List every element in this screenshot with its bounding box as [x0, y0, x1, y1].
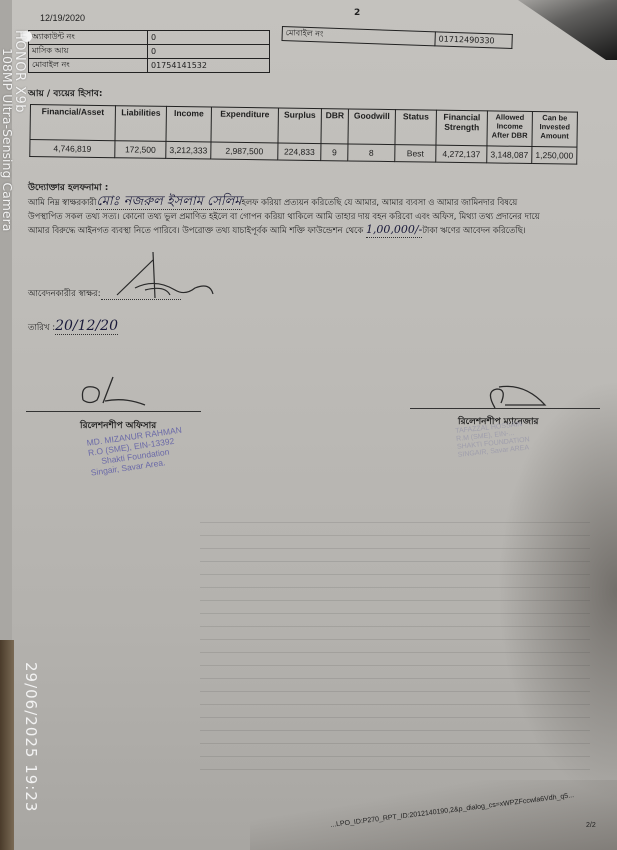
officer-signature [75, 375, 155, 410]
column-header: Surplus [278, 108, 321, 144]
column-header: Allowed Income After DBR [487, 111, 532, 147]
applicant-signature-field: আবেদনকারীর স্বাক্ষর: [28, 287, 181, 301]
column-header: Financial/Asset [30, 105, 115, 141]
table-row: মোবাইল নং 01754141532 [29, 59, 270, 73]
affidavit-line: আমি নিম্ন স্বাক্ষরকারীমোঃ নজরুল ইসলাম সে… [28, 195, 598, 210]
footer-page-count: 2/2 [586, 822, 596, 829]
column-header: DBR [321, 109, 348, 144]
cell-financial-strength: 4,272,137 [436, 145, 487, 163]
cell-liabilities: 172,500 [115, 141, 166, 159]
column-header: Liabilities [115, 106, 166, 142]
signature-line [101, 289, 181, 300]
info-value: 0 [148, 31, 270, 45]
page-number: 2 [354, 8, 360, 18]
signature-divider [26, 411, 201, 412]
info-label: অ্যাকাউন্ট নং [29, 31, 148, 45]
cell-income: 3,212,333 [166, 141, 211, 159]
signature-divider [410, 408, 600, 409]
income-expense-heading: আয় / ব্যয়ের হিসাব: [28, 86, 102, 101]
column-header: Goodwill [348, 109, 395, 145]
column-header: Status [395, 110, 436, 146]
table-row: মাসিক আয় 0 [29, 45, 270, 59]
cell-surplus: 224,833 [278, 143, 321, 161]
affidavit-text: আমার বিরুদ্ধে আইনগত ব্যবস্থা নিতে পারিবে… [28, 225, 363, 235]
applicant-signature-label: আবেদনকারীর স্বাক্ষর: [28, 289, 101, 299]
financial-summary-table: Financial/Asset Liabilities Income Expen… [29, 104, 578, 165]
column-header: Expenditure [211, 107, 278, 143]
camera-description-watermark: 108MP Ultra-Sensing Camera [0, 48, 15, 231]
table-row: অ্যাকাউন্ট নং 0 [29, 31, 270, 45]
photo-timestamp-watermark: 29/06/2025 19:23 [22, 662, 40, 812]
cell-goodwill: 8 [348, 144, 395, 162]
applicant-name-field: মোঃ নজরুল ইসলাম সেলিম [96, 195, 241, 210]
column-header: Can be Invested Amount [532, 112, 577, 148]
info-label: মোবাইল নং [29, 59, 148, 73]
cell-status: Best [395, 145, 436, 163]
cell-expenditure: 2,987,500 [211, 142, 278, 160]
affidavit-title: উদ্যোক্তার হলফনামা : [28, 180, 108, 195]
mobile-value: 01712490330 [435, 32, 512, 49]
cell-dbr: 9 [321, 144, 348, 161]
column-header: Financial Strength [436, 110, 487, 146]
applicant-info-table: অ্যাকাউন্ট নং 0 মাসিক আয় 0 মোবাইল নং 01… [28, 30, 270, 73]
loan-amount-handwritten: 1,00,000/- [366, 223, 422, 236]
date-label: তারিখ : [28, 323, 55, 333]
date-handwritten: 20/12/20 [55, 318, 118, 334]
cell-invested-amount: 1,250,000 [532, 147, 577, 165]
affidavit-body: আমি নিম্ন স্বাক্ষরকারীমোঃ নজরুল ইসলাম সে… [28, 195, 598, 238]
cell-allowed-income: 3,148,087 [487, 146, 532, 164]
info-value: 01754141532 [148, 59, 270, 73]
print-date: 12/19/2020 [40, 13, 85, 23]
date-field: তারিখ :20/12/20 [28, 318, 118, 335]
table-surface [0, 640, 14, 850]
affidavit-text: টাকা ঋণের আবেদন করিতেছি। [422, 225, 525, 235]
cell-financial-asset: 4,746,819 [30, 140, 115, 158]
affidavit-line: আমার বিরুদ্ধে আইনগত ব্যবস্থা নিতে পারিবে… [28, 223, 598, 238]
reverse-side-showthrough [200, 510, 590, 800]
affidavit-text: হলফ করিয়া প্রত্যয়ন করিতেছি যে আমার, আম… [242, 197, 518, 207]
affidavit-intro: আমি নিম্ন স্বাক্ষরকারী [28, 197, 96, 207]
loan-amount-field: 1,00,000/- [366, 223, 422, 238]
applicant-name-handwritten: মোঃ নজরুল ইসলাম সেলিম [96, 194, 241, 209]
info-value: 0 [148, 45, 270, 59]
column-header: Income [166, 106, 211, 142]
affidavit-line: উপস্থাপিত সকল তথ্য সত্য। কোনো তথ্য ভুল প… [28, 210, 598, 223]
info-label: মাসিক আয় [29, 45, 148, 59]
date-line: 20/12/20 [55, 318, 118, 335]
